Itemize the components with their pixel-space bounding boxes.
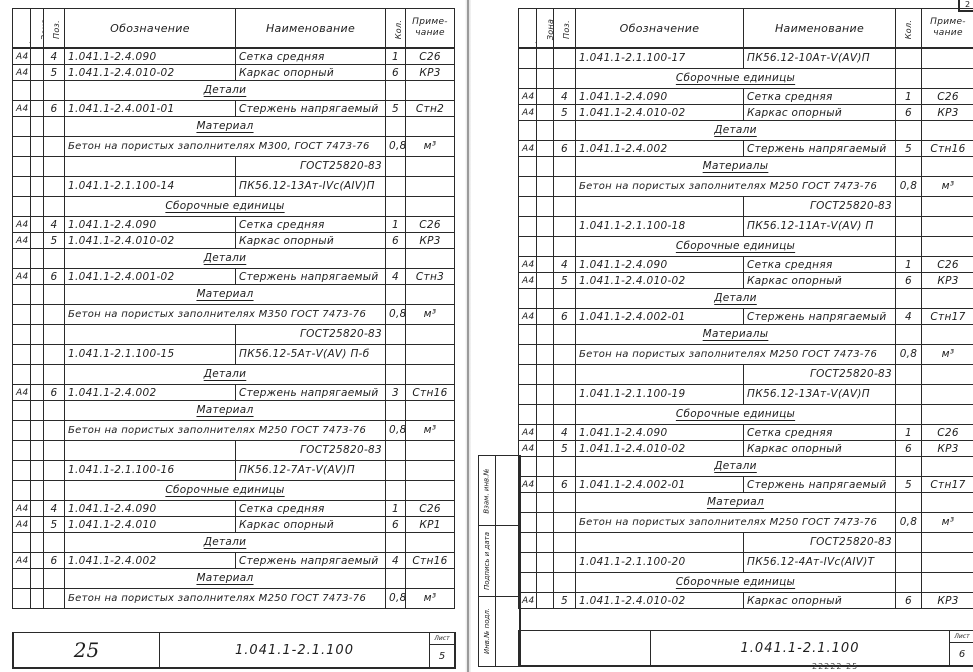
zone-cell	[31, 401, 44, 421]
format-cell	[519, 237, 537, 257]
name-cell: Сетка средняя	[744, 257, 896, 273]
format-cell	[13, 461, 31, 481]
zone-cell	[31, 249, 44, 269]
table-row: Бетон на пористых заполнителях М250 ГОСТ…	[13, 421, 455, 441]
note-cell: КР3	[406, 233, 455, 249]
section-title: Детали	[714, 292, 757, 304]
stamp-cell: Взам. инв.№	[479, 456, 519, 526]
section-heading: Детали	[576, 121, 896, 141]
format-cell	[13, 285, 31, 305]
table-row: Материал	[519, 493, 973, 513]
quantity-cell: 0,8	[386, 137, 406, 157]
format-cell: А4	[519, 477, 537, 493]
name-cell: Сетка средняя	[236, 217, 386, 233]
table-row: Детали	[519, 289, 973, 309]
name-cell: Каркас опорный	[744, 273, 896, 289]
designation-cell: 1.041.1-2.4.090	[576, 257, 744, 273]
table-row: А451.041.1-2.4.010-02Каркас опорный6КР3	[519, 441, 973, 457]
quantity-cell	[386, 345, 406, 365]
table-row: 1.041.1-2.1.100-19ПК56.12-13Ат-V(АV)П	[519, 385, 973, 405]
format-cell	[13, 441, 31, 461]
table-row: Бетон на пористых заполнителях М300, ГОС…	[13, 137, 455, 157]
position-cell	[44, 325, 65, 345]
note-cell	[922, 365, 973, 385]
position-cell: 4	[44, 501, 65, 517]
position-cell	[44, 533, 65, 553]
format-cell: А4	[13, 65, 31, 81]
zone-cell	[537, 141, 554, 157]
table-row: Бетон на пористых заполнителях М250 ГОСТ…	[519, 513, 973, 533]
name-cell: ПК56.12-10Ат-V(АV)П	[744, 48, 896, 69]
note-cell	[406, 461, 455, 481]
note-cell: м³	[922, 345, 973, 365]
format-cell	[13, 197, 31, 217]
standard-cell: ГОСТ25820-83	[236, 441, 386, 461]
position-cell: 5	[554, 273, 576, 289]
quantity-cell	[896, 365, 922, 385]
format-cell	[519, 197, 537, 217]
position-cell	[554, 289, 576, 309]
designation-cell	[576, 365, 744, 385]
zone-cell	[537, 177, 554, 197]
position-cell	[44, 117, 65, 137]
note-cell	[406, 401, 455, 421]
position-cell	[554, 217, 576, 237]
quantity-cell	[386, 249, 406, 269]
format-cell	[519, 157, 537, 177]
zone-cell	[31, 441, 44, 461]
table-row: 1.041.1-2.1.100-17ПК56.12-10Ат-V(АV)П	[519, 48, 973, 69]
format-cell	[13, 345, 31, 365]
designation-cell: 1.041.1-2.4.010-02	[65, 65, 236, 81]
position-cell	[44, 81, 65, 101]
approval-stamp-strip: Взам. инв.№ Подпись и дата Инв.№ подл.	[478, 455, 521, 667]
designation-cell	[576, 197, 744, 217]
zone-cell	[31, 385, 44, 401]
note-cell	[922, 237, 973, 257]
header-designation: Обозначение	[65, 9, 236, 49]
zone-cell	[31, 325, 44, 345]
designation-cell: 1.041.1-2.4.001-02	[65, 269, 236, 285]
quantity-cell: 4	[386, 269, 406, 285]
format-cell	[13, 589, 31, 609]
table-row: Материал	[13, 569, 455, 589]
note-cell: КР3	[922, 273, 973, 289]
table-row: А441.041.1-2.4.090Сетка средняя1С26	[519, 425, 973, 441]
format-cell: А4	[13, 385, 31, 401]
format-cell	[13, 325, 31, 345]
note-cell: С26	[922, 257, 973, 273]
quantity-cell: 6	[896, 105, 922, 121]
quantity-cell	[386, 285, 406, 305]
table-row: Сборочные единицы	[13, 197, 455, 217]
quantity-cell: 0,8	[386, 589, 406, 609]
name-cell: Каркас опорный	[744, 593, 896, 609]
designation-cell: 1.041.1-2.4.090	[576, 425, 744, 441]
table-row: А441.041.1-2.4.090Сетка средняя1С26	[13, 48, 455, 65]
section-heading: Сборочные единицы	[65, 197, 386, 217]
zone-cell	[537, 89, 554, 105]
format-cell: А4	[519, 273, 537, 289]
table-row: 1.041.1-2.1.100-18ПК56.12-11Ат-V(АV) П	[519, 217, 973, 237]
quantity-cell: 1	[896, 89, 922, 105]
zone-cell	[31, 533, 44, 553]
position-cell	[44, 569, 65, 589]
zone-cell	[31, 48, 44, 65]
quantity-cell: 1	[896, 425, 922, 441]
designation-cell: 1.041.1-2.1.100-17	[576, 48, 744, 69]
name-cell: Сетка средняя	[744, 89, 896, 105]
format-cell: А4	[519, 141, 537, 157]
format-cell	[13, 157, 31, 177]
section-heading: Сборочные единицы	[576, 405, 896, 425]
format-cell: А4	[13, 501, 31, 517]
format-cell	[13, 569, 31, 589]
position-cell	[44, 461, 65, 481]
format-cell	[519, 48, 537, 69]
note-cell	[922, 48, 973, 69]
format-cell	[13, 365, 31, 385]
section-heading: Материал	[65, 285, 386, 305]
quantity-cell	[896, 197, 922, 217]
position-cell	[44, 421, 65, 441]
table-row: А451.041.1-2.4.010-02Каркас опорный6КР3	[13, 65, 455, 81]
table-row: 1.041.1-2.1.100-16ПК56.12-7Ат-V(АV)П	[13, 461, 455, 481]
header-designation: Обозначение	[576, 9, 744, 49]
quantity-cell	[386, 177, 406, 197]
quantity-cell: 0,8	[896, 513, 922, 533]
zone-cell	[31, 137, 44, 157]
zone-cell	[31, 233, 44, 249]
quantity-cell: 5	[896, 141, 922, 157]
position-cell	[44, 157, 65, 177]
spec-table-left: Формат Зона Поз. Обозначение Наименовани…	[12, 8, 455, 609]
zone-cell	[537, 257, 554, 273]
section-heading: Сборочные единицы	[576, 237, 896, 257]
designation-cell: 1.041.1-2.4.002	[576, 141, 744, 157]
format-cell	[13, 177, 31, 197]
name-cell: ПК56.12-13Ат-IVс(АIV)П	[236, 177, 386, 197]
note-cell	[406, 249, 455, 269]
zone-cell	[537, 513, 554, 533]
section-heading: Материал	[65, 569, 386, 589]
name-cell: ПК56.12-5Ат-V(АV) П-б	[236, 345, 386, 365]
stamp-cell: Подпись и дата	[479, 526, 519, 596]
format-cell	[519, 121, 537, 141]
quantity-cell: 0,8	[896, 177, 922, 197]
quantity-cell	[386, 365, 406, 385]
zone-cell	[537, 325, 554, 345]
position-cell	[554, 365, 576, 385]
zone-cell	[31, 197, 44, 217]
table-row: Детали	[13, 365, 455, 385]
note-cell	[406, 569, 455, 589]
header-zone: Зона	[31, 9, 44, 49]
table-row: А441.041.1-2.4.090Сетка средняя1С26	[519, 89, 973, 105]
title-block-right: 1.041.1-2.1.100 Лист 6	[518, 630, 973, 667]
note-cell: Стн16	[406, 553, 455, 569]
position-cell: 5	[554, 593, 576, 609]
material-cell: Бетон на пористых заполнителях М250 ГОСТ…	[65, 421, 386, 441]
note-cell	[922, 457, 973, 477]
zone-cell	[31, 461, 44, 481]
header-position: Поз.	[554, 9, 576, 49]
zone-cell	[537, 121, 554, 141]
zone-cell	[31, 65, 44, 81]
quantity-cell: 5	[386, 101, 406, 117]
table-row: 1.041.1-2.1.100-20ПК56.12-4Ат-IVс(АIV)Т	[519, 553, 973, 573]
section-title: Сборочные единицы	[165, 200, 284, 212]
header-name: Наименование	[236, 9, 386, 49]
position-cell	[44, 441, 65, 461]
table-row: Сборочные единицы	[13, 481, 455, 501]
designation-cell	[65, 157, 236, 177]
quantity-cell	[386, 81, 406, 101]
quantity-cell: 1	[386, 48, 406, 65]
name-cell: Стержень напрягаемый	[236, 385, 386, 401]
zone-cell	[537, 553, 554, 573]
quantity-cell: 5	[896, 477, 922, 493]
name-cell: Каркас опорный	[744, 441, 896, 457]
quantity-cell	[386, 197, 406, 217]
format-cell	[519, 513, 537, 533]
name-cell: Сетка средняя	[236, 48, 386, 65]
note-cell	[922, 289, 973, 309]
name-cell: ПК56.12-4Ат-IVс(АIV)Т	[744, 553, 896, 573]
note-cell: Стн16	[922, 141, 973, 157]
quantity-cell	[896, 573, 922, 593]
section-heading: Детали	[576, 289, 896, 309]
quantity-cell: 1	[896, 257, 922, 273]
quantity-cell: 0,8	[386, 305, 406, 325]
table-row: Сборочные единицы	[519, 405, 973, 425]
zone-cell	[31, 517, 44, 533]
material-cell: Бетон на пористых заполнителях М250 ГОСТ…	[576, 177, 896, 197]
format-cell	[13, 137, 31, 157]
standard-cell: ГОСТ25820-83	[236, 157, 386, 177]
designation-cell: 1.041.1-2.4.010-02	[576, 273, 744, 289]
signature	[520, 631, 651, 665]
quantity-cell	[896, 217, 922, 237]
quantity-cell	[386, 569, 406, 589]
zone-cell	[537, 69, 554, 89]
note-cell: Стн17	[922, 477, 973, 493]
header-format: Формат	[519, 9, 537, 49]
designation-cell: 1.041.1-2.1.100-18	[576, 217, 744, 237]
quantity-cell: 6	[896, 273, 922, 289]
table-row: Материалы	[519, 157, 973, 177]
position-cell	[44, 589, 65, 609]
table-row: Материал	[13, 401, 455, 421]
table-row: А451.041.1-2.4.010-02Каркас опорный6КР3	[519, 593, 973, 609]
name-cell: Стержень напрягаемый	[744, 309, 896, 325]
quantity-cell	[386, 481, 406, 501]
table-row: Материал	[13, 117, 455, 137]
quantity-cell	[896, 405, 922, 425]
section-title: Детали	[204, 536, 247, 548]
zone-cell	[31, 285, 44, 305]
section-title: Сборочные единицы	[676, 576, 795, 588]
note-cell: м³	[922, 177, 973, 197]
table-row: Материал	[13, 285, 455, 305]
note-cell	[406, 197, 455, 217]
zone-cell	[537, 457, 554, 477]
table-row: А461.041.1-2.4.001-01Стержень напрягаемы…	[13, 101, 455, 117]
quantity-cell: 6	[896, 441, 922, 457]
section-title: Сборочные единицы	[676, 72, 795, 84]
note-cell	[922, 121, 973, 141]
position-cell	[554, 513, 576, 533]
position-cell: 5	[44, 517, 65, 533]
note-cell: м³	[406, 421, 455, 441]
quantity-cell	[896, 121, 922, 141]
standard-cell: ГОСТ25820-83	[744, 533, 896, 553]
standard-cell: ГОСТ25820-83	[744, 365, 896, 385]
name-cell: ПК56.12-13Ат-V(АV)П	[744, 385, 896, 405]
header-format: Формат	[13, 9, 31, 49]
quantity-cell: 6	[386, 233, 406, 249]
designation-cell: 1.041.1-2.1.100-15	[65, 345, 236, 365]
section-title: Детали	[204, 84, 247, 96]
name-cell: Сетка средняя	[744, 425, 896, 441]
designation-cell: 1.041.1-2.1.100-16	[65, 461, 236, 481]
table-row: А461.041.1-2.4.002Стержень напрягаемый4С…	[13, 553, 455, 569]
name-cell: Каркас опорный	[236, 233, 386, 249]
note-cell: м³	[922, 513, 973, 533]
position-cell	[44, 177, 65, 197]
section-heading: Сборочные единицы	[576, 573, 896, 593]
format-cell	[519, 457, 537, 477]
position-cell: 5	[44, 233, 65, 249]
table-row: А441.041.1-2.4.090Сетка средняя1С26	[13, 217, 455, 233]
zone-cell	[31, 569, 44, 589]
material-cell: Бетон на пористых заполнителях М250 ГОСТ…	[576, 345, 896, 365]
zone-cell	[31, 589, 44, 609]
table-row: А461.041.1-2.4.002Стержень напрягаемый5С…	[519, 141, 973, 157]
designation-cell: 1.041.1-2.4.002-01	[576, 309, 744, 325]
note-cell	[922, 69, 973, 89]
table-row: 1.041.1-2.1.100-15ПК56.12-5Ат-V(АV) П-б	[13, 345, 455, 365]
note-cell: КР3	[922, 105, 973, 121]
zone-cell	[537, 441, 554, 457]
section-heading: Детали	[65, 365, 386, 385]
quantity-cell	[896, 385, 922, 405]
note-cell	[406, 157, 455, 177]
section-title: Материал	[196, 120, 253, 132]
name-cell: ПК56.12-7Ат-V(АV)П	[236, 461, 386, 481]
zone-cell	[31, 421, 44, 441]
section-heading: Материал	[65, 401, 386, 421]
name-cell: ПК56.12-11Ат-V(АV) П	[744, 217, 896, 237]
note-cell	[406, 533, 455, 553]
note-cell	[406, 81, 455, 101]
note-cell	[922, 217, 973, 237]
note-cell	[406, 117, 455, 137]
quantity-cell	[386, 117, 406, 137]
quantity-cell: 0,8	[386, 421, 406, 441]
format-cell	[13, 305, 31, 325]
table-row: Детали	[13, 81, 455, 101]
note-cell: КР3	[406, 65, 455, 81]
position-cell: 6	[554, 309, 576, 325]
section-title: Детали	[204, 252, 247, 264]
zone-cell	[31, 177, 44, 197]
name-cell: Стержень напрягаемый	[236, 269, 386, 285]
zone-cell	[537, 197, 554, 217]
designation-cell: 1.041.1-2.1.100-14	[65, 177, 236, 197]
table-row: Детали	[519, 121, 973, 141]
format-cell	[519, 365, 537, 385]
zone-cell	[31, 81, 44, 101]
designation-cell	[576, 533, 744, 553]
name-cell: Стержень напрягаемый	[236, 553, 386, 569]
position-cell: 4	[554, 425, 576, 441]
table-row: А451.041.1-2.4.010-02Каркас опорный6КР3	[13, 233, 455, 249]
name-cell: Стержень напрягаемый	[236, 101, 386, 117]
note-cell: С26	[922, 89, 973, 105]
name-cell: Сетка средняя	[236, 501, 386, 517]
zone-cell	[31, 553, 44, 569]
zone-cell	[537, 105, 554, 121]
note-cell: Стн17	[922, 309, 973, 325]
designation-cell: 1.041.1-2.4.090	[576, 89, 744, 105]
bottom-stamp-text: 22222 25	[812, 662, 858, 671]
quantity-cell	[896, 237, 922, 257]
note-cell: С26	[406, 217, 455, 233]
note-cell	[922, 197, 973, 217]
position-cell: 4	[554, 257, 576, 273]
quantity-cell	[896, 457, 922, 477]
table-row: Детали	[13, 249, 455, 269]
table-row: А461.041.1-2.4.002-01Стержень напрягаемы…	[519, 477, 973, 493]
zone-cell	[537, 477, 554, 493]
format-cell	[519, 493, 537, 513]
table-row: А451.041.1-2.4.010-02Каркас опорный6КР3	[519, 105, 973, 121]
section-title: Детали	[714, 460, 757, 472]
section-heading: Материал	[576, 493, 896, 513]
sheet-box: Лист 6	[949, 631, 973, 665]
note-cell: КР3	[922, 441, 973, 457]
position-cell	[44, 401, 65, 421]
name-cell: Каркас опорный	[236, 517, 386, 533]
position-cell	[554, 48, 576, 69]
position-cell	[554, 457, 576, 477]
format-cell: А4	[519, 105, 537, 121]
format-cell	[519, 553, 537, 573]
designation-cell	[65, 441, 236, 461]
zone-cell	[31, 345, 44, 365]
note-cell	[406, 441, 455, 461]
note-cell: м³	[406, 305, 455, 325]
position-cell: 6	[44, 101, 65, 117]
note-cell	[406, 365, 455, 385]
table-row: Бетон на пористых заполнителях М250 ГОСТ…	[13, 589, 455, 609]
note-cell	[922, 533, 973, 553]
format-cell	[519, 385, 537, 405]
stamp-label: Инв.№ подл.	[483, 608, 491, 654]
table-row: ГОСТ25820-83	[519, 533, 973, 553]
section-title: Материал	[196, 572, 253, 584]
format-cell	[519, 177, 537, 197]
format-cell	[519, 289, 537, 309]
table-row: Детали	[13, 533, 455, 553]
document-code: 1.041.1-2.1.100	[651, 631, 949, 665]
note-cell: м³	[406, 589, 455, 609]
section-heading: Детали	[65, 249, 386, 269]
note-cell	[406, 481, 455, 501]
name-cell: Каркас опорный	[236, 65, 386, 81]
header-quantity: Кол.	[386, 9, 406, 49]
